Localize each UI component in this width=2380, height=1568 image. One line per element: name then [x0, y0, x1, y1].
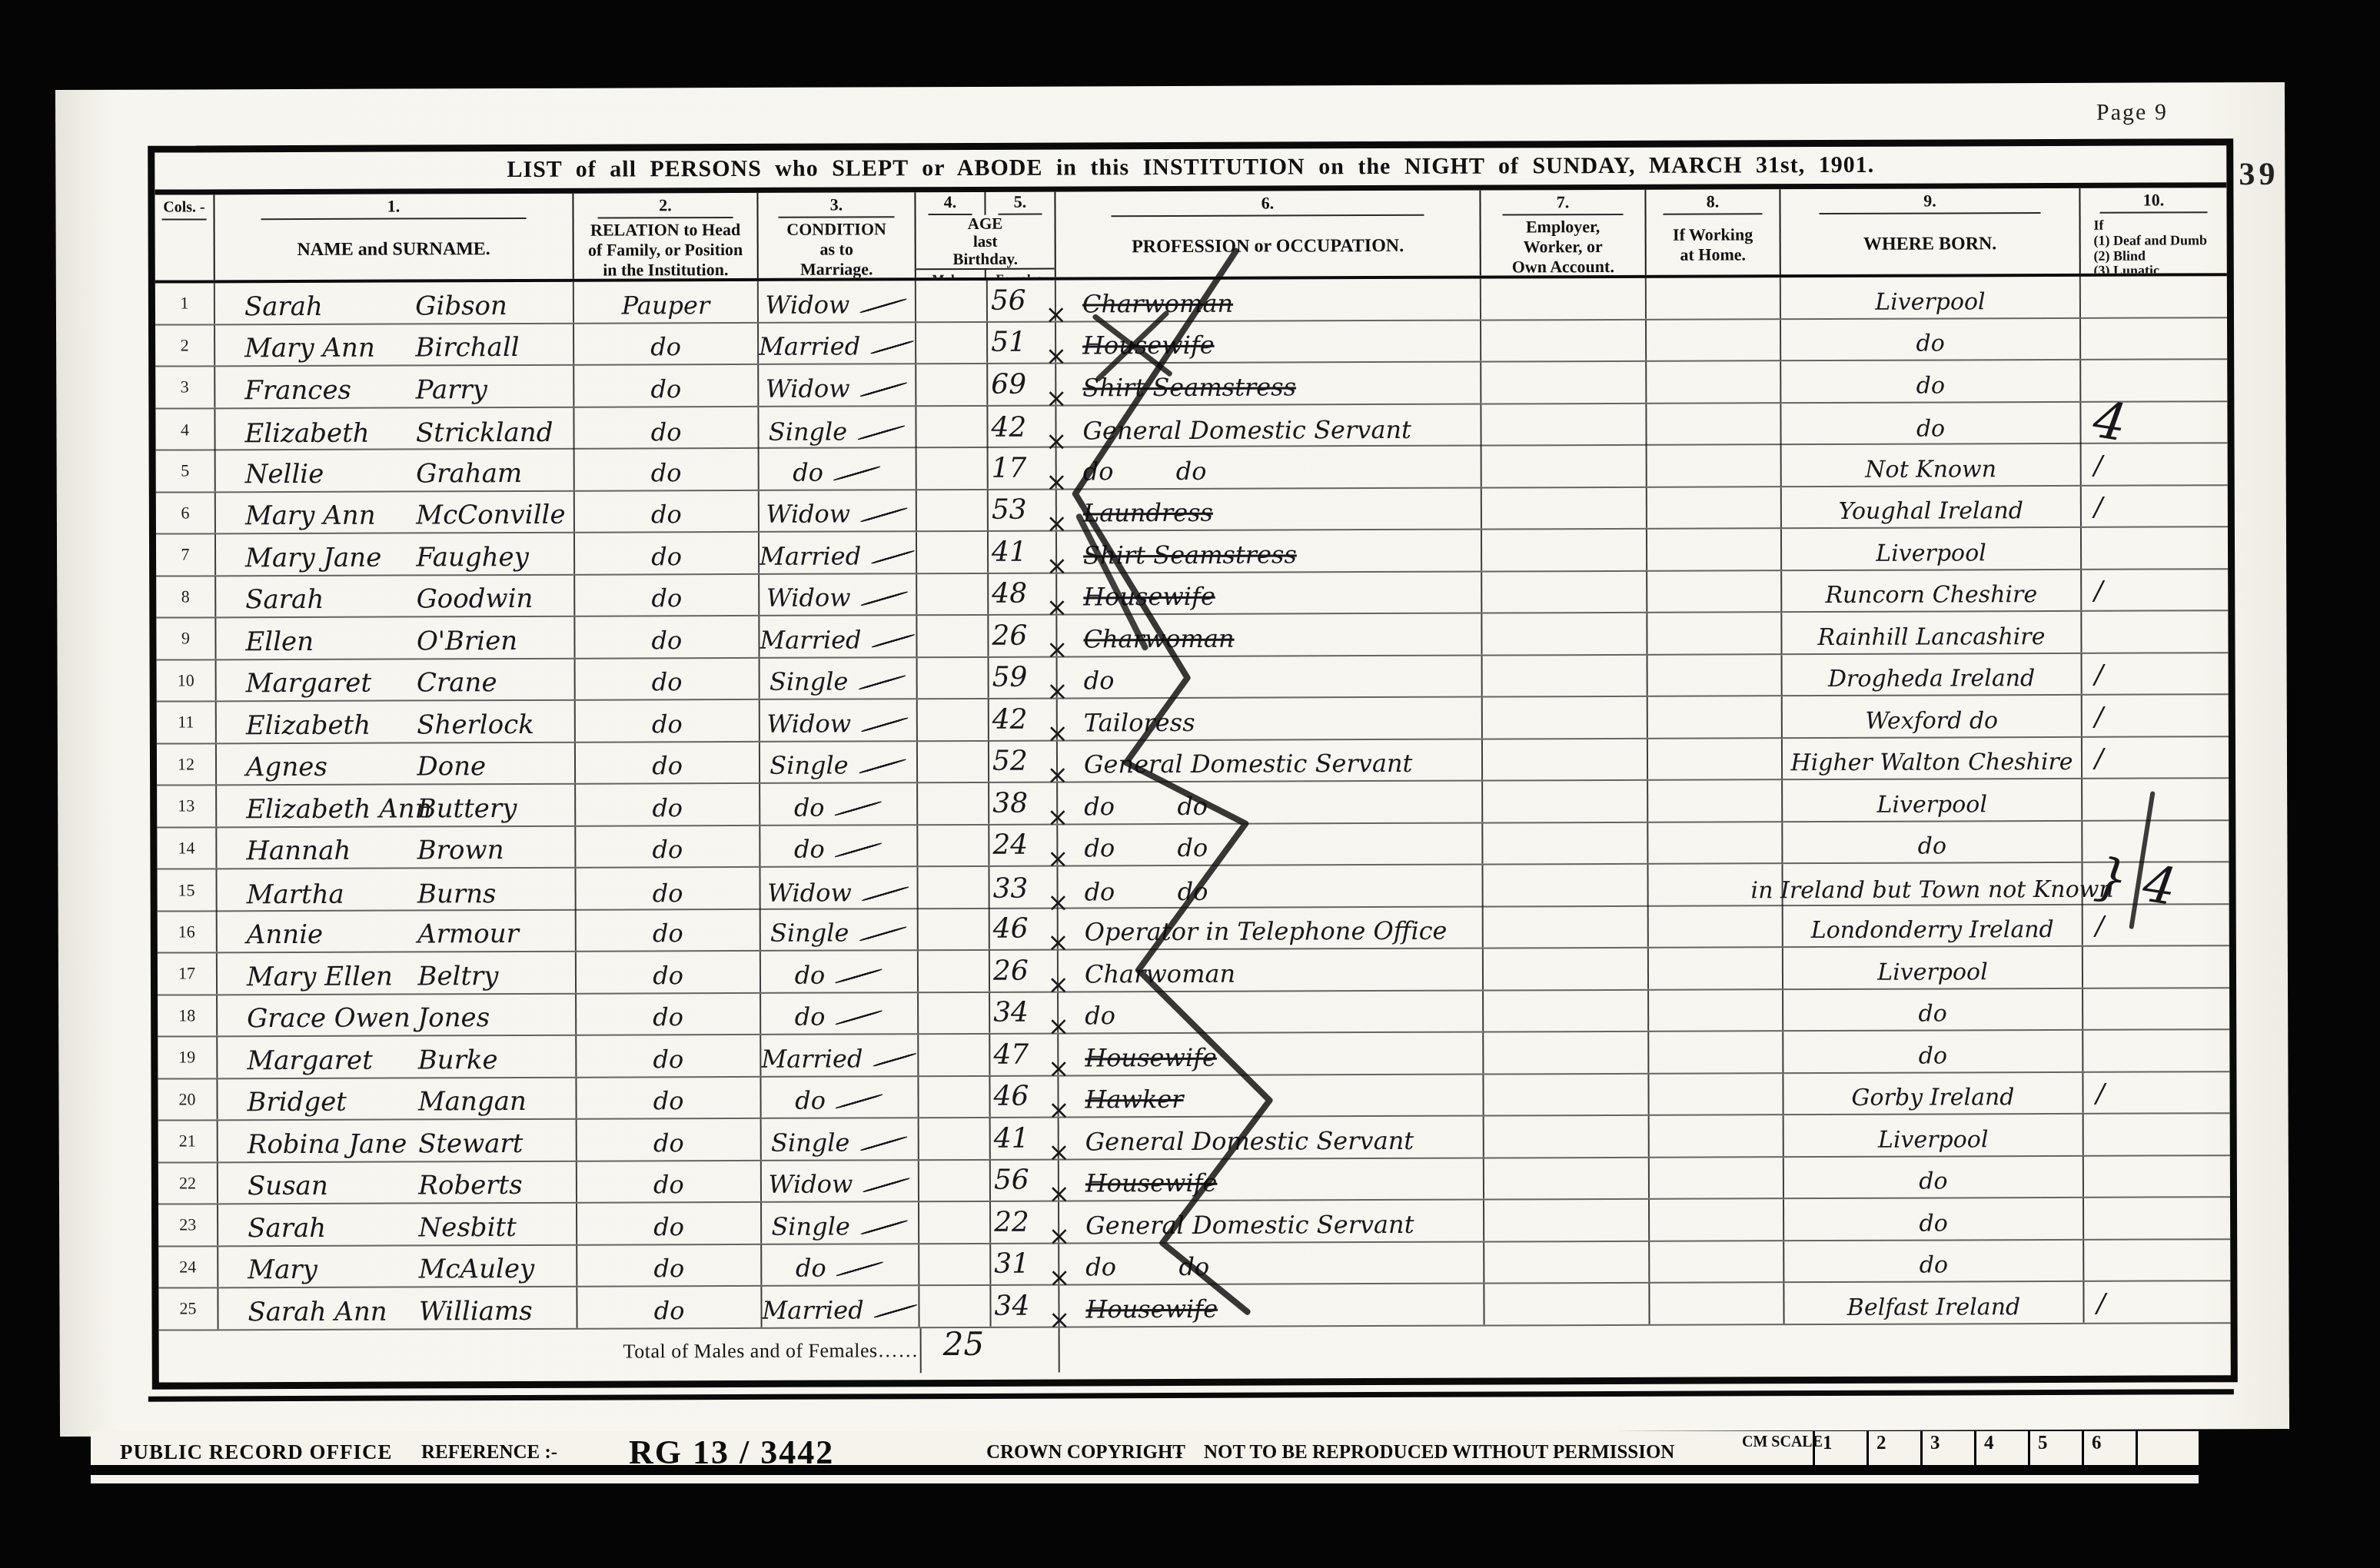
condition-flourish-stroke: [860, 381, 908, 397]
infirmity-cell: /: [2083, 1072, 2229, 1113]
condition-cell: Married: [762, 1286, 919, 1327]
table-row: 16 Annie Armour do Single 46 × Operator …: [158, 905, 2229, 954]
infirmity-cell: [2084, 1114, 2230, 1154]
given-name: Elizabeth Ann: [246, 793, 431, 825]
where-born-cell: do: [1781, 318, 2081, 360]
footer-rule: [91, 1465, 2199, 1475]
infirmity-cell: [2081, 276, 2227, 317]
condition-flourish-stroke: [859, 297, 907, 314]
row-number: 23: [158, 1204, 218, 1245]
home-working-cell: [1650, 1199, 1784, 1240]
row-number: 18: [158, 995, 218, 1036]
surname: Jones: [417, 1002, 490, 1033]
condition-cell: do: [761, 951, 919, 992]
table-row: 15 Martha Burns do Widow 33 × do do in I…: [157, 862, 2229, 912]
employer-cell: [1483, 781, 1648, 822]
age-males-cell: [917, 573, 989, 614]
home-working-cell: [1650, 1158, 1784, 1198]
female-tally-mark: ×: [1045, 383, 1068, 414]
condition-cell: Married: [760, 532, 917, 573]
scale-ruler-cell: 1: [1813, 1431, 1866, 1465]
table-row: 19 Margaret Burke do Married 47 × Housew…: [158, 1030, 2229, 1079]
occupation-cell: do do: [1058, 865, 1483, 909]
condition-cell: Single: [760, 658, 918, 699]
age-females-cell: 56 ×: [988, 281, 1056, 321]
age-males-cell: [918, 741, 989, 782]
table-row: 23 Sarah Nesbitt do Single 22 × General …: [158, 1198, 2230, 1247]
relation-cell: do: [576, 868, 760, 910]
given-name: Hannah: [246, 835, 351, 866]
condition-cell: Single: [762, 1118, 919, 1159]
age-males-cell: [919, 1118, 991, 1159]
employer-cell: [1482, 487, 1647, 528]
occupation-cell: General Domestic Servant: [1059, 1117, 1484, 1158]
relation-cell: do: [576, 826, 760, 866]
surname: Done: [417, 751, 486, 782]
occupation-cell: Charwoman: [1057, 614, 1482, 656]
condition-flourish-stroke: [860, 590, 908, 606]
given-name: Mary Ann: [245, 500, 376, 532]
age-value: 51: [991, 327, 1026, 358]
table-row: 13 Elizabeth Ann Buttery do do 38 × do d…: [157, 779, 2229, 828]
relation-cell: do: [577, 1203, 762, 1244]
relation-cell: do: [577, 1119, 762, 1160]
col-label: AGE last Birthday.: [952, 215, 1018, 269]
surname: Crane: [417, 667, 497, 698]
age-value: 41: [994, 1122, 1029, 1154]
employer-cell: [1481, 404, 1647, 446]
occupation-cell: Shirt Seamstress: [1057, 530, 1482, 572]
home-working-cell: [1650, 1115, 1784, 1156]
age-value: 41: [992, 536, 1027, 567]
female-tally-mark: ×: [1049, 1304, 1071, 1335]
home-working-cell: [1648, 822, 1783, 863]
females-subheader: Females.: [986, 270, 1055, 277]
name-cell: Hannah Brown: [217, 826, 576, 868]
home-working-cell: [1647, 361, 1781, 402]
age-value: 53: [992, 494, 1027, 526]
condition-flourish-stroke: [863, 1177, 910, 1193]
condition-cell: Married: [761, 1035, 919, 1075]
relation-cell: do: [576, 742, 760, 782]
condition-cell: Widow: [760, 490, 917, 531]
relation-cell: do: [577, 993, 761, 1034]
age-males-cell: [918, 699, 989, 740]
home-working-cell: [1648, 739, 1783, 779]
where-born-cell: Rainhill Lancashire: [1782, 612, 2082, 653]
surname: Armour: [417, 919, 519, 949]
given-name: Elizabeth: [246, 709, 371, 741]
table-row: 10 Margaret Crane do Single 59 × do Drog…: [157, 653, 2229, 703]
name-cell: Sarah Gibson: [215, 282, 574, 324]
where-born-cell: Youghal Ireland: [1782, 486, 2082, 527]
employer-cell: [1484, 1284, 1650, 1324]
employer-cell: [1484, 990, 1649, 1031]
name-cell: Sarah Goodwin: [216, 575, 575, 616]
condition-cell: Widow: [760, 699, 918, 740]
condition-cell: do: [760, 783, 918, 824]
home-working-cell: [1648, 655, 1783, 696]
employer-cell: [1482, 530, 1647, 570]
table-row: 21 Robina Jane Stewart do Single 41 × Ge…: [158, 1114, 2230, 1163]
employer-cell: [1484, 1158, 1650, 1198]
age-value: 38: [992, 787, 1028, 819]
home-working-cell: [1647, 571, 1782, 612]
header-working-at-home: 8. If Working at Home.: [1646, 189, 1780, 275]
age-value: 56: [994, 1164, 1029, 1196]
reference-label: REFERENCE :-: [421, 1442, 557, 1463]
age-value: 69: [991, 368, 1026, 400]
condition-flourish-stroke: [861, 716, 909, 733]
males-subheader: Males.: [916, 270, 986, 277]
age-value: 52: [992, 746, 1028, 777]
surname: Nesbitt: [418, 1211, 516, 1242]
condition-cell: Widow: [762, 1161, 919, 1201]
relation-cell: Pauper: [574, 281, 759, 322]
where-born-cell: Liverpool: [1783, 947, 2083, 988]
page-number: Page 9: [2096, 99, 2168, 125]
age-males-cell: [919, 1286, 991, 1327]
table-row: 3 Frances Parry do Widow 69 × Shirt Seam…: [155, 360, 2227, 409]
female-tally-mark: ×: [1046, 592, 1069, 623]
table-row: 18 Grace Owen Jones do do 34 × do do: [158, 988, 2229, 1038]
name-cell: Elizabeth Strickland: [215, 407, 574, 450]
age-males-cell: [918, 867, 989, 909]
age-value: 31: [994, 1248, 1029, 1280]
condition-cell: do: [761, 993, 919, 1034]
infirmity-cell: /: [2084, 1281, 2230, 1322]
condition-flourish-stroke: [871, 633, 915, 648]
name-cell: Elizabeth Sherlock: [217, 701, 576, 742]
condition-cell: Widow: [760, 867, 918, 909]
name-cell: Sarah Ann Williams: [218, 1287, 577, 1329]
name-cell: Margaret Crane: [217, 659, 576, 700]
header-where-born: 9. WHERE BORN.: [1780, 188, 2080, 274]
column-header-row: Cols. - 1. NAME and SURNAME. 2. RELATION…: [155, 188, 2226, 283]
occupation-cell: Housewife: [1059, 1033, 1484, 1075]
occupation-cell: General Domestic Servant: [1059, 1201, 1484, 1242]
entry-rows: 1 Sarah Gibson Pauper Widow 56 × Charwom…: [155, 276, 2231, 1330]
col-label: WHERE BORN.: [1860, 214, 2000, 274]
table-row: 6 Mary Ann McConville do Widow 53 × Laun…: [156, 486, 2228, 535]
relation-cell: do: [577, 952, 761, 992]
home-working-cell: [1647, 277, 1781, 318]
age-value: 46: [993, 913, 1029, 945]
table-row: 2 Mary Ann Birchall do Married 51 × Hous…: [155, 318, 2227, 367]
relation-cell: do: [575, 616, 760, 657]
table-row: 14 Hannah Brown do do 24 × do do do: [157, 821, 2229, 870]
surname: Faughey: [416, 541, 529, 573]
employer-cell: [1481, 320, 1647, 360]
age-males-cell: [919, 909, 990, 949]
where-born-cell: do: [1781, 360, 2081, 402]
table-row: 12 Agnes Done do Single 52 × General Dom…: [157, 737, 2229, 786]
home-working-cell: [1647, 529, 1782, 570]
age-value: 17: [992, 452, 1027, 483]
occupation-cell: do: [1059, 991, 1484, 1032]
condition-cell: do: [760, 826, 918, 866]
infirmity-cell: [2084, 1240, 2230, 1281]
relation-cell: do: [577, 1077, 761, 1118]
condition-flourish-stroke: [835, 968, 883, 984]
row-number: 7: [156, 534, 216, 575]
given-name: Sarah: [245, 584, 324, 615]
female-tally-mark: ×: [1048, 1095, 1070, 1125]
home-working-cell: [1647, 404, 1781, 446]
employer-cell: [1483, 739, 1648, 779]
occupation-cell: do do: [1057, 447, 1482, 488]
occupation-cell: do do: [1058, 782, 1483, 823]
row-number: 6: [156, 493, 216, 533]
surname: Roberts: [418, 1170, 522, 1201]
infirmity-cell: /: [2082, 486, 2228, 527]
employer-cell: [1481, 362, 1647, 403]
relation-cell: do: [576, 784, 760, 825]
age-males-cell: [919, 1160, 991, 1201]
employer-cell: [1482, 446, 1647, 487]
occupation-cell: Housewife: [1056, 321, 1481, 362]
condition-cell: Widow: [759, 364, 916, 405]
relation-cell: do: [576, 700, 760, 741]
given-name: Sarah: [244, 291, 323, 321]
age-value: 42: [991, 412, 1026, 443]
condition-flourish-stroke: [858, 674, 906, 690]
condition-cell: Married: [760, 616, 917, 656]
relation-cell: do: [577, 1244, 762, 1285]
occupation-cell: Housewife: [1059, 1158, 1484, 1200]
infirmity-cell: [2084, 1156, 2230, 1197]
condition-cell: Widow: [759, 281, 916, 321]
cm-scale-label: CM SCALE: [1742, 1434, 1802, 1450]
archive-office-label: PUBLIC RECORD OFFICE: [120, 1440, 393, 1464]
where-born-cell: Not Known: [1782, 444, 2082, 486]
employer-cell: [1481, 278, 1647, 319]
condition-cell: Married: [759, 323, 916, 364]
given-name: Bridget: [247, 1087, 347, 1118]
condition-flourish-stroke: [873, 1052, 916, 1067]
where-born-cell: Gorby Ireland: [1783, 1072, 2083, 1114]
where-born-cell: do: [1783, 1031, 2083, 1072]
header-name: 1. NAME and SURNAME.: [214, 194, 573, 281]
surname: Mangan: [418, 1086, 527, 1117]
row-number: 21: [158, 1121, 218, 1161]
occupation-cell: Housewife: [1057, 572, 1482, 613]
header-infirmities: 10. If (1) Deaf and Dumb (2) Blind (3) L…: [2080, 188, 2226, 274]
infirmity-cell: /: [2082, 570, 2228, 610]
relation-cell: do: [575, 449, 760, 490]
age-col-numbers: 4. 5.: [916, 192, 1054, 216]
table-row: 7 Mary Jane Faughey do Married 41 × Shir…: [156, 527, 2228, 576]
name-cell: Mary Ann McConville: [216, 491, 575, 533]
employer-cell: [1484, 1241, 1650, 1282]
infirmity-cell: 4: [2081, 402, 2227, 444]
condition-cell: Single: [762, 1202, 919, 1243]
condition-flourish-stroke: [871, 550, 915, 564]
home-working-cell: [1649, 906, 1783, 947]
infirmity-cell: [2082, 527, 2228, 568]
home-working-cell: [1647, 320, 1781, 360]
female-tally-mark: ×: [1049, 1221, 1071, 1251]
where-born-cell: Londonderry Ireland: [1783, 905, 2083, 946]
age-males-cell: [916, 364, 988, 405]
surname: Birchall: [415, 332, 519, 363]
col-number: 1.: [261, 196, 526, 220]
row-number: 13: [157, 786, 217, 826]
given-name: Mary Ann: [244, 333, 375, 364]
female-tally-mark: ×: [1045, 467, 1068, 497]
row-number: 8: [156, 576, 216, 617]
infirmity-cell: [2082, 611, 2228, 652]
given-name: Elizabeth: [244, 418, 369, 450]
table-row: 11 Elizabeth Sherlock do Widow 42 × Tail…: [157, 695, 2229, 744]
name-cell: Mary Ann Birchall: [215, 324, 574, 365]
where-born-cell: Liverpool: [1782, 528, 2082, 570]
copyright-label: CROWN COPYRIGHT: [986, 1442, 1185, 1463]
row-number: 20: [158, 1079, 218, 1120]
condition-flourish-stroke: [870, 340, 914, 354]
where-born-cell: Higher Walton Cheshire: [1783, 737, 2082, 779]
employer-cell: [1483, 655, 1648, 696]
table-row: 20 Bridget Mangan do do 46 × Hawker Gorb…: [158, 1072, 2229, 1121]
name-cell: Grace Owen Jones: [218, 994, 577, 1035]
age-value: 33: [993, 872, 1029, 904]
condition-flourish-stroke: [873, 1304, 917, 1318]
row-number: 11: [157, 702, 217, 742]
table-title: LIST of all PERSONS who SLEPT or ABODE i…: [155, 145, 2226, 194]
home-working-cell: [1649, 990, 1783, 1031]
occupation-cell: do: [1058, 656, 1483, 697]
where-born-cell: do: [1783, 821, 2082, 862]
relation-cell: do: [575, 574, 760, 615]
female-tally-mark: ×: [1048, 1137, 1070, 1168]
census-table: LIST of all PERSONS who SLEPT or ABODE i…: [148, 138, 2238, 1389]
name-cell: Frances Parry: [215, 366, 574, 407]
bottom-double-rule: [148, 1389, 2234, 1401]
infirmity-cell: [2083, 988, 2229, 1029]
row-number: 5: [156, 450, 216, 491]
surname: Sherlock: [417, 709, 534, 740]
row-number: 19: [158, 1037, 218, 1078]
female-tally-mark: ×: [1047, 843, 1069, 874]
where-born-cell: in Ireland but Town not Known: [1783, 863, 2082, 906]
header-profession: 6. PROFESSION or OCCUPATION.: [1055, 191, 1481, 277]
female-tally-mark: ×: [1045, 508, 1068, 539]
where-born-cell: Belfast Ireland: [1784, 1282, 2084, 1324]
infirmity-cell: [2083, 946, 2229, 987]
home-working-cell: [1650, 1241, 1784, 1282]
where-born-cell: do: [1784, 1156, 2084, 1198]
given-name: Grace Owen: [247, 1002, 411, 1034]
age-value: 22: [994, 1206, 1029, 1237]
occupation-cell: do do: [1059, 1242, 1484, 1284]
occupation-cell: do do: [1058, 823, 1483, 865]
row-number: 12: [157, 744, 217, 785]
col-label: Employer, Worker, or Own Account.: [1508, 215, 1617, 276]
female-tally-mark: ×: [1048, 1178, 1070, 1209]
age-males-cell: [918, 783, 989, 824]
age-value: 24: [992, 829, 1028, 861]
relation-cell: do: [574, 407, 759, 449]
condition-flourish-stroke: [833, 465, 881, 481]
reproduction-notice: NOT TO BE REPRODUCED WITHOUT PERMISSION: [1204, 1442, 1674, 1463]
row-number: 22: [158, 1163, 218, 1204]
surname: O'Brien: [417, 625, 517, 656]
age-subheaders: Males. Females.: [916, 268, 1055, 277]
age-value: 48: [992, 578, 1027, 610]
table-row: 9 Ellen O'Brien do Married 26 × Charwoma…: [156, 611, 2228, 660]
where-born-cell: Liverpool: [1784, 1115, 2084, 1156]
relation-cell: do: [576, 658, 760, 699]
occupation-cell: Laundress: [1057, 488, 1482, 530]
where-born-cell: do: [1781, 402, 2081, 445]
age-value: 26: [992, 620, 1027, 651]
age-value: 34: [994, 1290, 1029, 1321]
age-value: 42: [992, 703, 1028, 735]
condition-flourish-stroke: [835, 842, 883, 859]
archive-footer-bar: PUBLIC RECORD OFFICE REFERENCE :- RG 13 …: [91, 1431, 2199, 1483]
cols-label: Cols. -: [161, 197, 207, 220]
employer-cell: [1483, 697, 1648, 738]
home-working-cell: [1649, 1074, 1783, 1115]
col-number: 9.: [1820, 191, 2040, 214]
condition-cell: Widow: [760, 574, 917, 615]
table-row: 25 Sarah Ann Williams do Married 34 × Ho…: [158, 1281, 2230, 1330]
header-employer: 7. Employer, Worker, or Own Account.: [1481, 190, 1646, 276]
employer-cell: [1484, 1116, 1650, 1157]
home-working-cell: [1650, 1283, 1784, 1324]
row-number: 16: [158, 912, 218, 952]
row-number: 9: [156, 618, 216, 659]
header-age: 4. 5. AGE last Birthday. Males. Females.: [916, 192, 1055, 278]
age-males-cell: [918, 657, 989, 698]
given-name: Mary: [248, 1254, 317, 1285]
relation-cell: do: [577, 1161, 762, 1201]
occupation-cell: Tailoress: [1058, 698, 1483, 739]
female-tally-mark: ×: [1048, 1053, 1070, 1084]
infirmity-cell: [2084, 1198, 2230, 1238]
employer-cell: [1484, 1200, 1650, 1241]
female-tally-mark: ×: [1046, 550, 1069, 581]
employer-cell: [1484, 1032, 1649, 1073]
name-cell: Elizabeth Ann Buttery: [217, 785, 576, 826]
relation-cell: do: [577, 909, 761, 950]
where-born-cell: Runcorn Cheshire: [1782, 570, 2082, 611]
name-cell: Mary Ellen Beltry: [218, 952, 577, 994]
employer-cell: [1482, 571, 1647, 612]
relation-cell: do: [574, 365, 759, 406]
folio-stamp-number: 39: [2239, 156, 2279, 193]
female-tally-mark: ×: [1045, 299, 1067, 330]
home-working-cell: [1647, 487, 1782, 528]
age-males-cell: [919, 1076, 990, 1117]
home-working-cell: [1647, 445, 1782, 486]
col-number: 6.: [1111, 193, 1424, 217]
total-label: Total of Males and of Females……: [159, 1328, 920, 1375]
home-working-cell: [1649, 948, 1783, 988]
given-name: Mary Jane: [245, 542, 381, 573]
where-born-cell: Wexford do: [1783, 696, 2082, 737]
occupation-cell: Charwoman: [1056, 279, 1481, 321]
table-row: 5 Nellie Graham do do 17 × do do Not Kno…: [156, 443, 2228, 493]
relation-cell: do: [577, 1035, 761, 1076]
row-number: 24: [158, 1247, 218, 1287]
employer-cell: [1484, 1074, 1649, 1115]
condition-flourish-stroke: [862, 885, 909, 902]
home-working-cell: [1648, 696, 1783, 737]
surname: Stewart: [418, 1128, 524, 1158]
name-cell: Susan Roberts: [218, 1161, 577, 1203]
condition-cell: do: [762, 1244, 919, 1285]
